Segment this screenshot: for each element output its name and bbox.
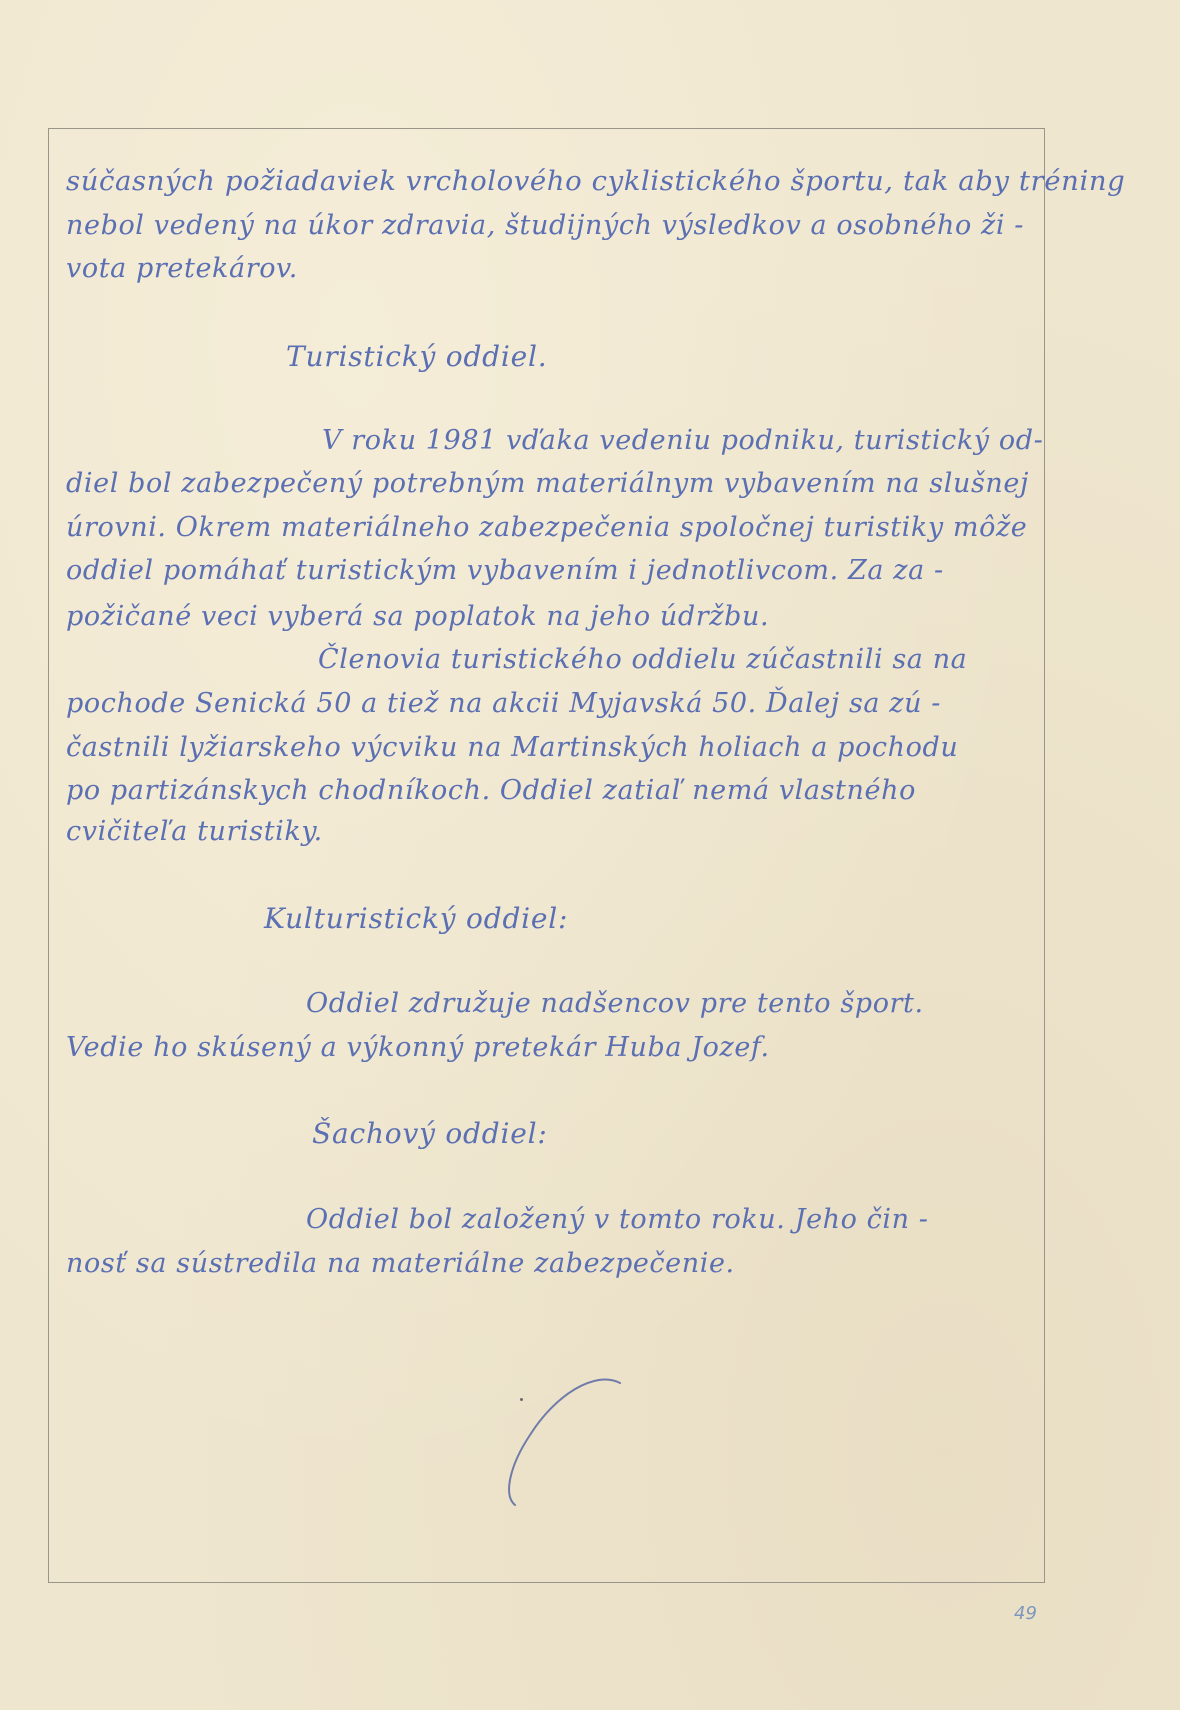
section-turisticky-line-1: V roku 1981 vďaka vedeniu podniku, turis… [322, 427, 1043, 454]
intro-line-3: vota pretekárov. [66, 255, 298, 282]
intro-line-2: nebol vedený na úkor zdravia, študijných… [66, 212, 1024, 239]
section-turisticky-line-4: oddiel pomáhať turistickým vybavením i j… [66, 557, 944, 584]
section-sachovy-line-2: nosť sa sústredila na materiálne zabezpe… [66, 1250, 735, 1277]
section-turisticky-line-6: Členovia turistického oddielu zúčastnili… [318, 646, 967, 673]
section-heading-sachovy: Šachový oddiel: [312, 1120, 548, 1148]
signature-mark [495, 1365, 635, 1515]
section-turisticky-line-8: častnili lyžiarskeho výcviku na Martinsk… [66, 734, 958, 761]
ink-speck [520, 1398, 523, 1401]
section-heading-turisticky: Turistický oddiel. [286, 343, 547, 371]
section-turisticky-line-10: cvičiteľa turistiky. [66, 818, 323, 845]
section-heading-kulturisticky: Kulturistický oddiel: [264, 905, 568, 933]
document-page: súčasných požiadaviek vrcholového cyklis… [0, 0, 1180, 1710]
section-turisticky-line-7: pochode Senická 50 a tiež na akcii Myjav… [66, 690, 941, 717]
section-kulturisticky-line-2: Vedie ho skúsený a výkonný pretekár Huba… [66, 1034, 770, 1061]
section-sachovy-line-1: Oddiel bol založený v tomto roku. Jeho č… [306, 1206, 929, 1233]
section-turisticky-line-2: diel bol zabezpečený potrebným materiáln… [66, 470, 1029, 497]
section-turisticky-line-3: úrovni. Okrem materiálneho zabezpečenia … [66, 514, 1027, 541]
section-turisticky-line-9: po partizánskych chodníkoch. Oddiel zati… [66, 777, 916, 804]
section-kulturisticky-line-1: Oddiel združuje nadšencov pre tento špor… [306, 990, 924, 1017]
section-turisticky-line-5: požičané veci vyberá sa poplatok na jeho… [66, 603, 769, 630]
intro-line-1: súčasných požiadaviek vrcholového cyklis… [66, 168, 1125, 196]
page-number: 49 [1014, 1603, 1037, 1624]
